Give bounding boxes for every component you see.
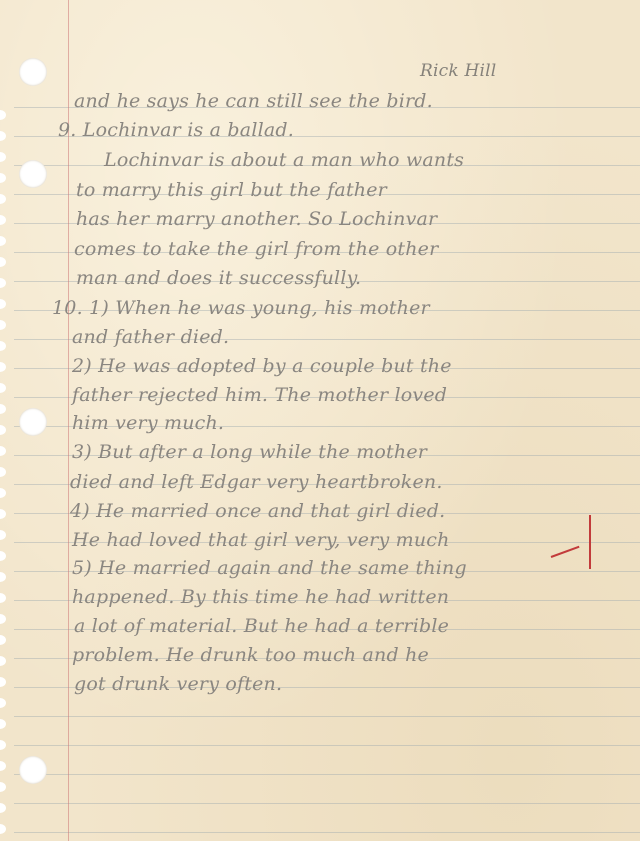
perforation <box>0 803 6 813</box>
handwritten-line: got drunk very often. <box>74 675 282 694</box>
ruled-line <box>14 716 640 717</box>
perforation <box>0 509 6 519</box>
signature: Rick Hill <box>420 63 496 80</box>
handwritten-line: comes to take the girl from the other <box>74 240 438 259</box>
perforation <box>0 698 6 708</box>
handwritten-line: a lot of material. But he had a terrible <box>74 617 449 636</box>
perforation <box>0 362 6 372</box>
perforation <box>0 761 6 771</box>
perforation <box>0 215 6 225</box>
perforation <box>0 404 6 414</box>
perforation <box>0 488 6 498</box>
perforation <box>0 824 6 834</box>
binder-hole-2 <box>19 160 47 188</box>
handwritten-line: He had loved that girl very, very much <box>72 531 450 550</box>
handwritten-line: happened. By this time he had written <box>72 588 449 607</box>
perforation <box>0 320 6 330</box>
perforation <box>0 572 6 582</box>
ruled-line <box>14 832 640 833</box>
binder-hole-1 <box>19 58 47 86</box>
perforation <box>0 719 6 729</box>
perforation <box>0 131 6 141</box>
handwritten-line: 2) He was adopted by a couple but the <box>72 357 452 376</box>
perforation <box>0 467 6 477</box>
perforation <box>0 173 6 183</box>
notebook-paper: Rick Hill and he says he can still see t… <box>0 0 640 841</box>
handwritten-line: man and does it successfully. <box>76 269 361 288</box>
handwritten-line: Lochinvar is about a man who wants <box>104 151 464 170</box>
handwritten-line: 4) He married once and that girl died. <box>70 502 445 521</box>
handwritten-line: him very much. <box>72 414 224 433</box>
handwritten-line: 5) He married again and the same thing <box>72 559 467 578</box>
perforation <box>0 593 6 603</box>
perforation <box>0 677 6 687</box>
perforation <box>0 341 6 351</box>
ruled-line <box>14 774 640 775</box>
handwritten-line: and father died. <box>72 328 229 347</box>
perforation <box>0 299 6 309</box>
perforation <box>0 257 6 267</box>
perforation <box>0 551 6 561</box>
perforation <box>0 152 6 162</box>
handwritten-line: has her marry another. So Lochinvar <box>76 210 437 229</box>
handwritten-line: and he says he can still see the bird. <box>74 92 433 111</box>
red-pointer-mark <box>551 546 580 558</box>
binder-hole-4 <box>19 756 47 784</box>
ruled-line <box>14 803 640 804</box>
perforation <box>0 782 6 792</box>
perforation <box>0 635 6 645</box>
perforation <box>0 740 6 750</box>
handwritten-line: 3) But after a long while the mother <box>72 443 427 462</box>
handwritten-line: problem. He drunk too much and he <box>72 646 429 665</box>
handwritten-line: to marry this girl but the father <box>76 181 387 200</box>
handwritten-line: 10. 1) When he was young, his mother <box>52 299 430 318</box>
perforation <box>0 656 6 666</box>
perforation <box>0 614 6 624</box>
handwritten-line: 9. Lochinvar is a ballad. <box>58 121 294 140</box>
handwritten-line: died and left Edgar very heartbroken. <box>70 473 443 492</box>
perforation <box>0 236 6 246</box>
binder-hole-3 <box>19 408 47 436</box>
perforation <box>0 194 6 204</box>
perforation <box>0 278 6 288</box>
handwritten-line: father rejected him. The mother loved <box>72 386 447 405</box>
ruled-line <box>14 745 640 746</box>
perforation <box>0 425 6 435</box>
perforation <box>0 383 6 393</box>
perforation <box>0 446 6 456</box>
red-vertical-mark <box>589 515 591 569</box>
perforation <box>0 110 6 120</box>
perforation <box>0 530 6 540</box>
